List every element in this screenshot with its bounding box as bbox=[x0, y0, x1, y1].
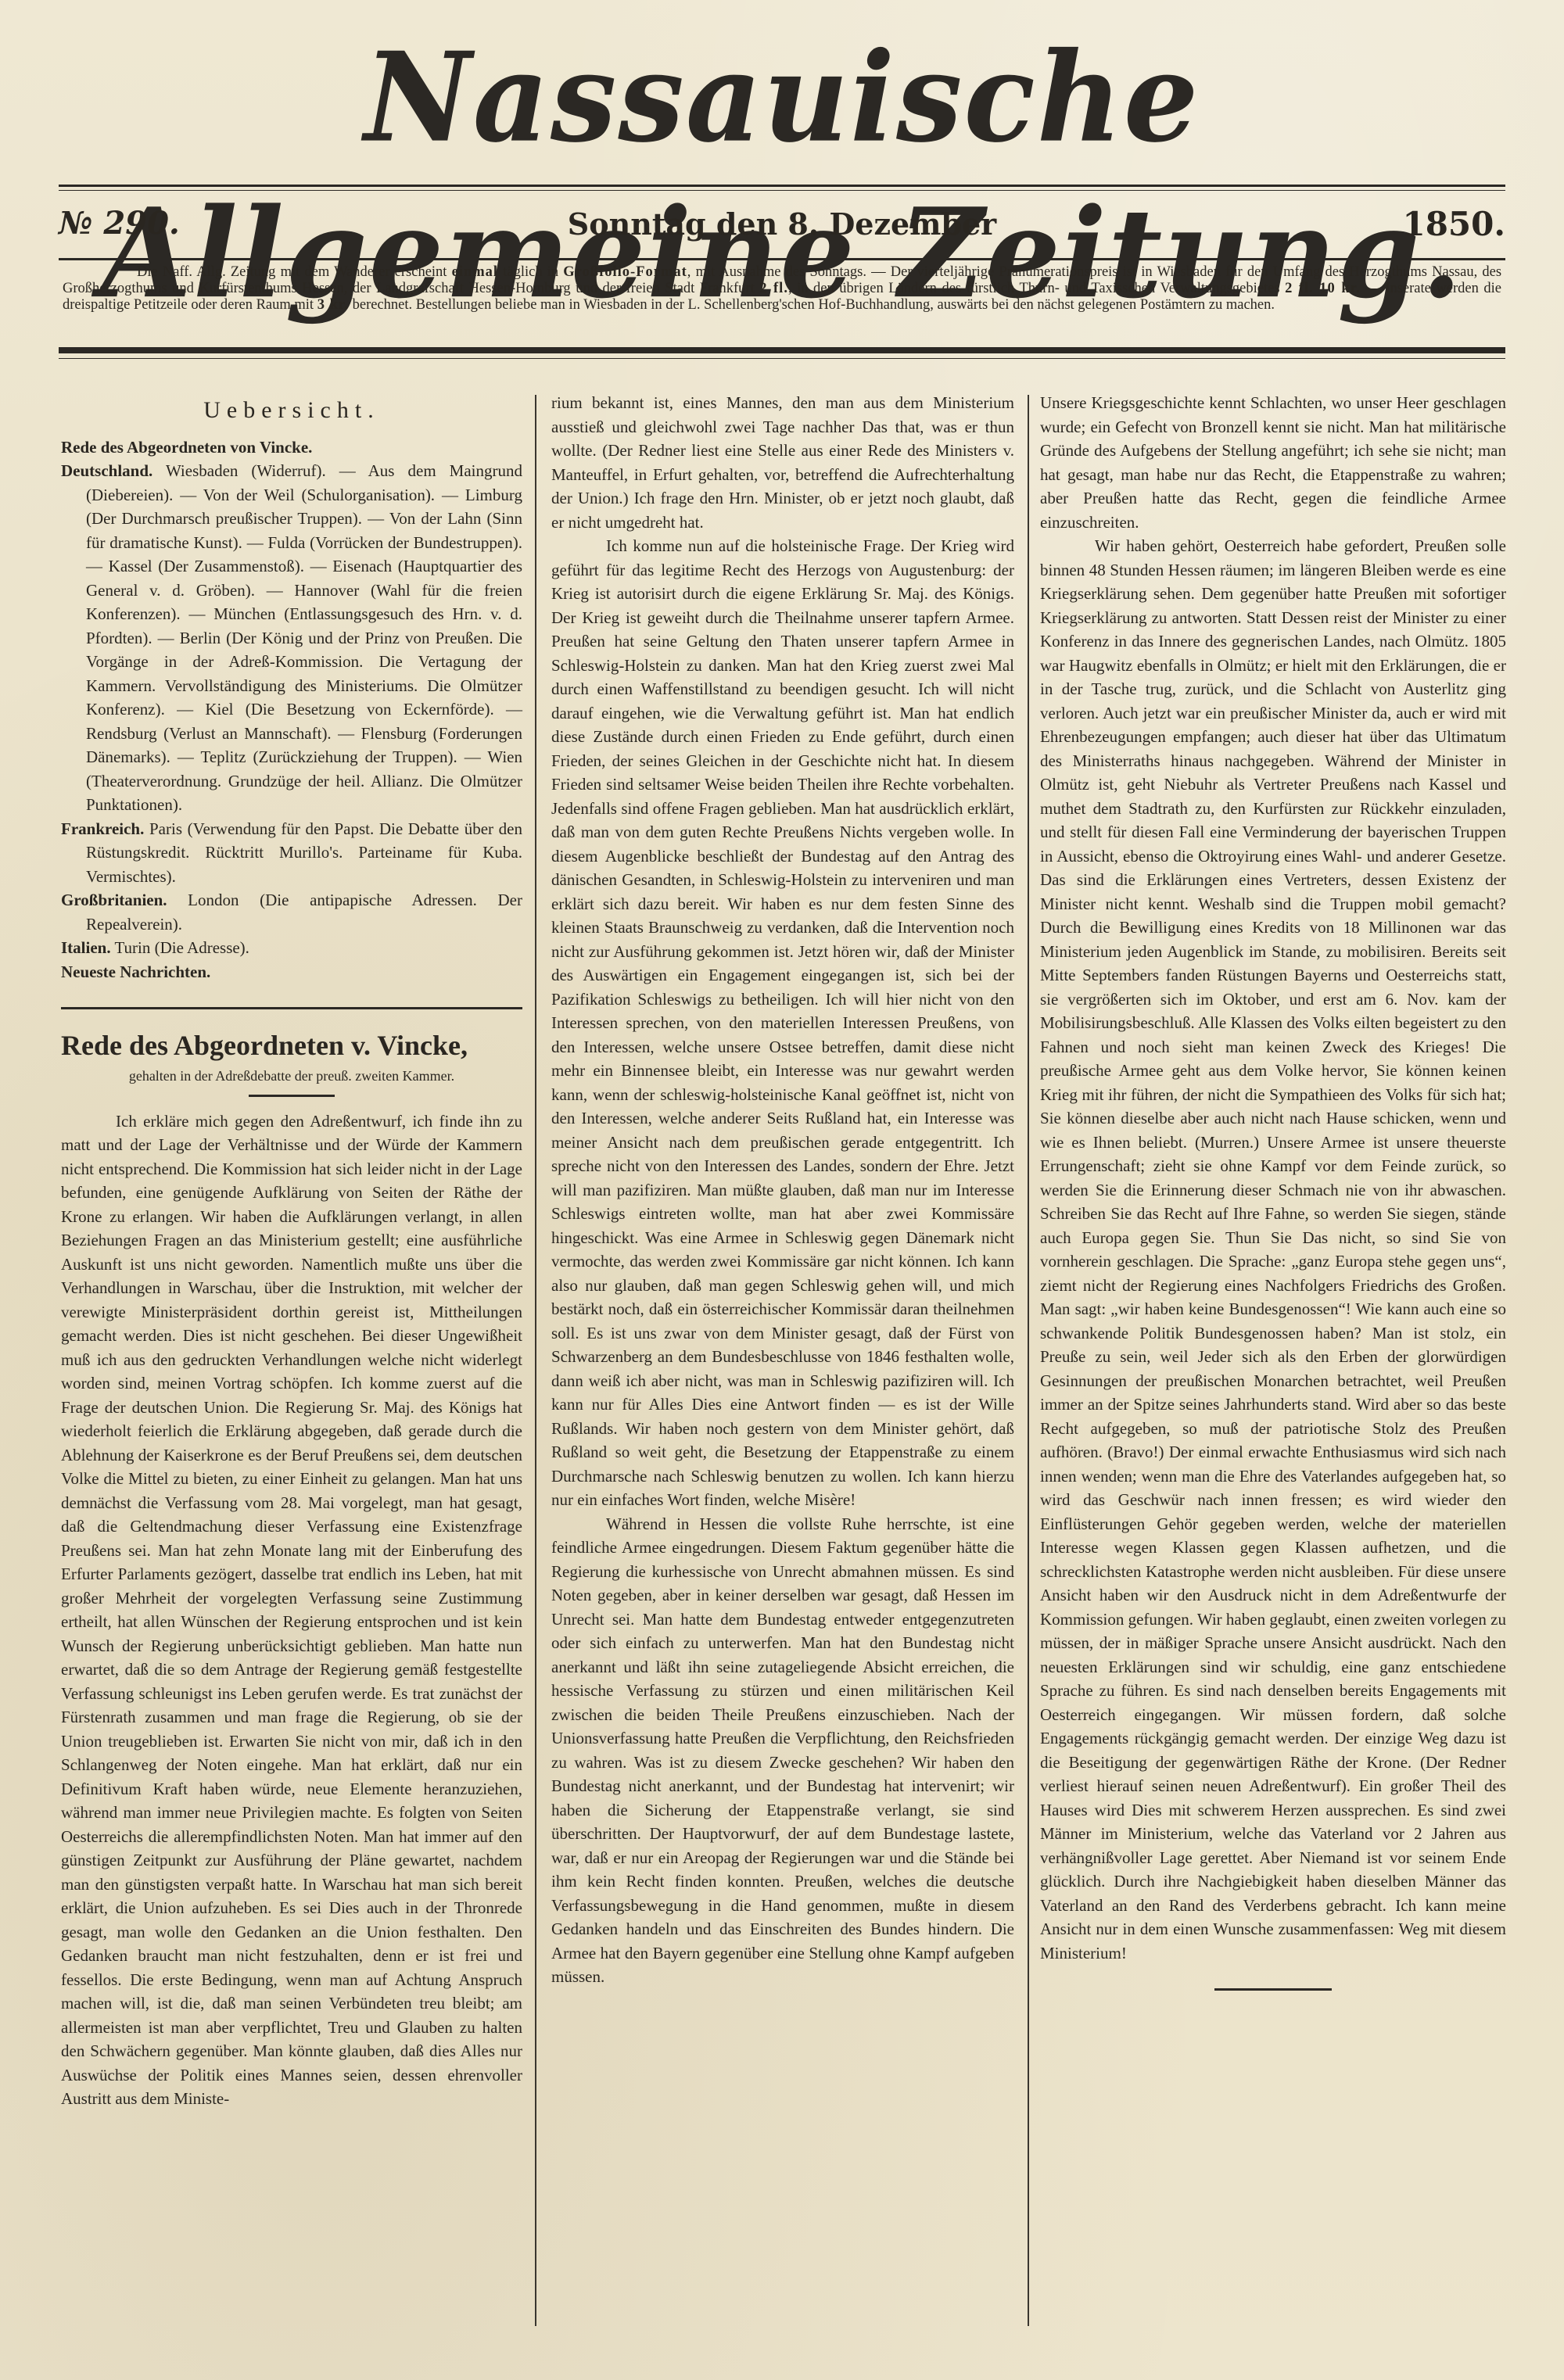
overview-item: Neueste Nachrichten. bbox=[61, 960, 522, 984]
overview-item: Großbritanien. London (Die antipapische … bbox=[61, 888, 522, 936]
notice-rule-thin bbox=[59, 358, 1505, 359]
subscription-notice: Die Naff. Allg. Zeitung mit dem Wanderer… bbox=[63, 264, 1501, 314]
article-paragraph: Ich komme nun auf die holsteinische Frag… bbox=[551, 534, 1014, 1512]
column-2: rium bekannt ist, eines Mannes, den man … bbox=[551, 391, 1014, 1989]
article-subtitle: gehalten in der Adreßdebatte der preuß. … bbox=[61, 1064, 522, 1088]
article-paragraph: Während in Hessen die vollste Ruhe herrs… bbox=[551, 1512, 1014, 1989]
masthead-rule-top bbox=[59, 185, 1505, 187]
article-paragraph: Unsere Kriegsgeschichte kennt Schlachten… bbox=[1040, 391, 1506, 534]
column-divider-2 bbox=[1028, 395, 1029, 2326]
masthead-rule-thin bbox=[59, 190, 1505, 191]
article-paragraph: rium bekannt ist, eines Mannes, den man … bbox=[551, 391, 1014, 534]
column-divider-1 bbox=[535, 395, 536, 2326]
issue-date: Sonntag den 8. Dezember bbox=[59, 206, 1505, 242]
article-paragraph: Wir haben gehört, Oesterreich habe gefor… bbox=[1040, 534, 1506, 1965]
column-3: Unsere Kriegsgeschichte kennt Schlachten… bbox=[1040, 391, 1506, 1991]
overview-item: Frankreich. Paris (Verwendung für den Pa… bbox=[61, 817, 522, 889]
masthead-title: Nassauische Allgemeine Zeitung. bbox=[47, 20, 1517, 176]
overview-divider bbox=[61, 1007, 522, 1009]
newspaper-page: Nassauische Allgemeine Zeitung. № 290. S… bbox=[0, 0, 1564, 2380]
overview-list: Rede des Abgeordneten von Vincke. Deutsc… bbox=[61, 435, 522, 984]
overview-title: Uebersicht. bbox=[61, 399, 522, 423]
article-title-rule bbox=[249, 1095, 335, 1097]
notice-rule-thick bbox=[59, 347, 1505, 353]
article-title: Rede des Abgeordneten v. Vincke, bbox=[61, 1028, 522, 1063]
overview-item: Rede des Abgeordneten von Vincke. bbox=[61, 435, 522, 460]
article-end-rule bbox=[1214, 1988, 1332, 1991]
column-1: Uebersicht. Rede des Abgeordneten von Vi… bbox=[61, 391, 522, 2111]
issue-year: 1850. bbox=[1402, 205, 1505, 243]
overview-item: Deutschland. Wiesbaden (Widerruf). — Aus… bbox=[61, 459, 522, 817]
dateline: № 290. Sonntag den 8. Dezember 1850. bbox=[59, 205, 1505, 260]
article-paragraph: Ich erkläre mich gegen den Adreßentwurf,… bbox=[61, 1109, 522, 2111]
overview-item: Italien. Turin (Die Adresse). bbox=[61, 936, 522, 960]
dateline-rule bbox=[59, 258, 1505, 260]
